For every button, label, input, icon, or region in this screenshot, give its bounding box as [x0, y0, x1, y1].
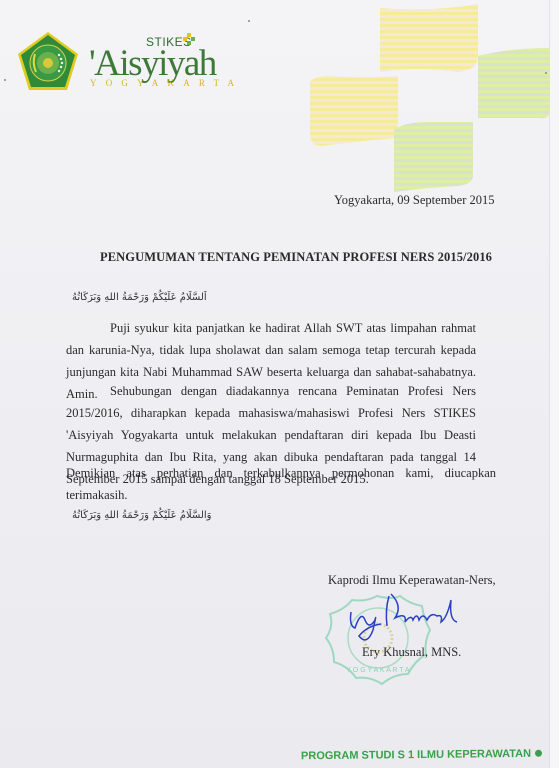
- footer-program: PROGRAM STUDI S 1 ILMU KEPERAWATAN: [301, 748, 542, 763]
- institution-logo: STIKES 'Aisyiyah YOGYAKARTA: [90, 34, 230, 90]
- svg-text:Y O G Y A K A R T A: Y O G Y A K A R T A: [346, 667, 410, 674]
- scan-speck: [4, 79, 6, 81]
- place-date: Yogyakarta, 09 September 2015: [334, 193, 495, 208]
- scan-speck: [248, 20, 250, 22]
- footer-dot-icon: [535, 750, 542, 757]
- paragraph-closing: Demikian atas perhatian dan terkabulkann…: [66, 462, 496, 506]
- institution-city: YOGYAKARTA: [90, 78, 243, 88]
- arabic-closing: وَالسَّلَامُ عَلَيْكُمْ وَرَحْمَةُ اللهِ…: [72, 510, 211, 521]
- signatory-name: Ery Khusnal, MNS.: [362, 645, 461, 660]
- letter-page: STIKES 'Aisyiyah YOGYAKARTA Yogyakarta, …: [0, 0, 559, 768]
- arabic-greeting: اَلسَّلَامُ عَلَيْكُمْ وَرَحْمَةُ اللهِ …: [72, 292, 207, 303]
- decorative-watermark: [308, 0, 558, 200]
- footer-program-label: PROGRAM STUDI S 1 ILMU KEPERAWATAN: [301, 748, 531, 762]
- scan-speck: [545, 72, 547, 74]
- document-title: PENGUMUMAN TENTANG PEMINATAN PROFESI NER…: [100, 250, 492, 265]
- handwritten-signature-icon: [347, 590, 467, 645]
- signatory-position: Kaprodi Ilmu Keperawatan-Ners,: [328, 573, 496, 588]
- university-seal-icon: [16, 30, 80, 94]
